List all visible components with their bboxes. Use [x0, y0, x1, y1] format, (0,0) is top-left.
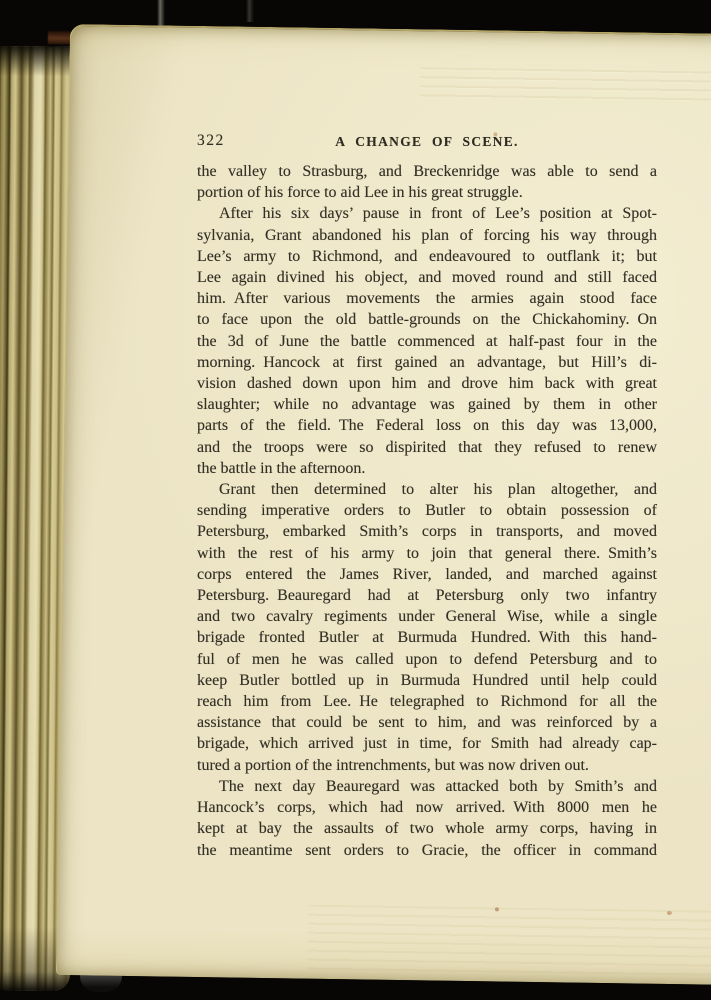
text-line: Hancock’s corps, which had now arrived. …: [197, 797, 657, 818]
text-line: with the rest of his army to join that g…: [197, 543, 657, 564]
page-body: the valley to Strasburg, and Breckenridg…: [197, 161, 657, 861]
text-line: Lee again divined his object, and moved …: [197, 267, 657, 288]
running-head: A CHANGE OF SCENE.: [197, 132, 657, 150]
text-line: brigade, which arrived just in time, for…: [197, 733, 657, 754]
page-header: 322 A CHANGE OF SCENE.: [197, 132, 657, 152]
text-line: brigade fronted Butler at Burmuda Hundre…: [197, 627, 657, 648]
text-line: the battle in the afternoon.: [197, 458, 657, 479]
text-line: Grant then determined to alter his plan …: [197, 479, 657, 500]
printed-content: 322 A CHANGE OF SCENE. the valley to Str…: [0, 0, 711, 1000]
text-line: sending imperative orders to Butler to o…: [197, 500, 657, 521]
text-line: him. After various movements the armies …: [197, 288, 657, 309]
text-line: to face upon the old battle-grounds on t…: [197, 309, 657, 330]
text-line: morning. Hancock at first gained an adva…: [197, 352, 657, 373]
text-line: the 3d of June the battle commenced at h…: [197, 331, 657, 352]
text-line: the meantime sent orders to Gracie, the …: [197, 840, 657, 861]
text-line: vision dashed down upon him and drove hi…: [197, 373, 657, 394]
text-line: Lee’s army to Richmond, and endeavoured …: [197, 246, 657, 267]
text-line: and the troops were so dispirited that t…: [197, 437, 657, 458]
text-line: the valley to Strasburg, and Breckenridg…: [197, 161, 657, 182]
text-line: corps entered the James River, landed, a…: [197, 564, 657, 585]
text-line: assistance that could be sent to him, an…: [197, 712, 657, 733]
book-scan: 322 A CHANGE OF SCENE. the valley to Str…: [0, 0, 711, 1000]
text-line: sylvania, Grant abandoned his plan of fo…: [197, 225, 657, 246]
text-line: After his six days’ pause in front of Le…: [197, 203, 657, 224]
text-line: Petersburg. Beauregard had at Petersburg…: [197, 585, 657, 606]
text-line: The next day Beauregard was attacked bot…: [197, 776, 657, 797]
text-line: ful of men he was called upon to defend …: [197, 649, 657, 670]
text-line: Petersburg, embarked Smith’s corps in tr…: [197, 521, 657, 542]
text-line: slaughter; while no advantage was gained…: [197, 394, 657, 415]
text-line: portion of his force to aid Lee in his g…: [197, 182, 657, 203]
text-line: tured a portion of the intrenchments, bu…: [197, 755, 657, 776]
text-line: parts of the field. The Federal loss on …: [197, 415, 657, 436]
text-line: reach him from Lee. He telegraphed to Ri…: [197, 691, 657, 712]
text-line: keep Butler bottled up in Burmuda Hundre…: [197, 670, 657, 691]
text-line: and two cavalry regiments under General …: [197, 606, 657, 627]
page-number: 322: [197, 132, 225, 150]
text-line: kept at bay the assaults of two whole ar…: [197, 818, 657, 839]
